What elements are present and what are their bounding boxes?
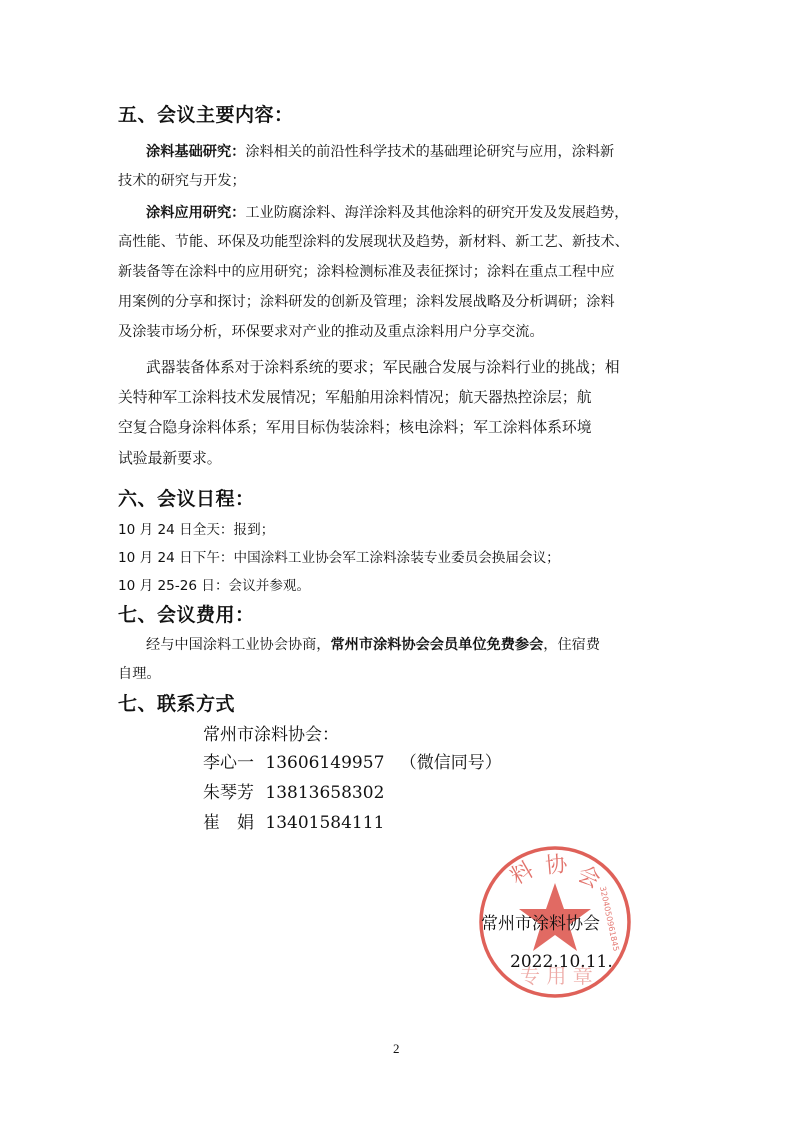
basic-research-label: 涂料基础研究：: [146, 144, 245, 160]
contact-row-3: 崔 娟 13401584111: [203, 808, 384, 833]
applied-research-text: 工业防腐涂料、海洋涂料及其他涂料的研究开发及发展趋势，: [245, 205, 628, 221]
svg-text:3204050961845: 3204050961845: [598, 886, 621, 953]
fees-free-notice: 常州市涂料协会会员单位免费参会: [330, 637, 543, 653]
contact-name: 朱琴芳: [203, 783, 254, 803]
fees-line-1: 经与中国涂料工业协会协商，常州市涂料协会会员单位免费参会，住宿费: [146, 634, 600, 654]
paragraph-basic-research-line-2: 技术的研究与开发；: [118, 170, 246, 190]
paragraph-applied-research-line-3: 新装备等在涂料中的应用研究；涂料检测标准及表征探讨；涂料在重点工程中应: [118, 261, 615, 281]
contact-name: 崔 娟: [203, 813, 254, 833]
paragraph-applied-research-line-4: 用案例的分享和探讨；涂料研发的创新及管理；涂料发展战略及分析调研；涂料: [118, 291, 615, 311]
paragraph-basic-research-line-1: 涂料基础研究：涂料相关的前沿性科学技术的基础理论研究与应用，涂料新: [146, 141, 614, 161]
fees-line-2: 自理。: [118, 663, 161, 683]
contact-phone: 13813658302: [265, 783, 384, 803]
contact-row-1: 李心一 13606149957 （微信同号）: [203, 748, 502, 773]
section-5-heading: 五、会议主要内容：: [118, 100, 294, 127]
paragraph-applied-research-line-2: 高性能、节能、环保及功能型涂料的发展现状及趋势，新材料、新工艺、新技术、: [118, 231, 629, 251]
schedule-item-1: 10 月 24 日全天：报到；: [118, 518, 274, 538]
svg-text:协: 协: [544, 852, 569, 879]
section-6-heading: 六、会议日程：: [118, 484, 255, 511]
paragraph-applied-research-line-5: 及涂装市场分析，环保要求对产业的推动及重点涂料用户分享交流。: [118, 321, 544, 341]
fees-suffix: ，住宿费: [543, 637, 600, 653]
schedule-item-3: 10 月 25-26 日：会议并参观。: [118, 574, 310, 594]
basic-research-text: 涂料相关的前沿性科学技术的基础理论研究与应用，涂料新: [245, 144, 614, 160]
paragraph-military-line-2: 关特种军工涂料技术发展情况；军船舶用涂料情况；航天器热控涂层；航: [118, 386, 592, 407]
signature-org: 常州市涂料协会: [481, 909, 600, 934]
applied-research-label: 涂料应用研究：: [146, 205, 245, 221]
contact-name: 李心一: [203, 753, 254, 773]
page-number: 2: [393, 1041, 400, 1057]
contact-phone: 13606149957: [265, 753, 384, 773]
contact-org: 常州市涂料协会：: [203, 720, 339, 745]
paragraph-military-line-3: 空复合隐身涂料体系；军用目标伪装涂料；核电涂料；军工涂料体系环境: [118, 416, 592, 437]
signature-date: 2022.10.11.: [510, 952, 613, 972]
contact-note: （微信同号）: [400, 753, 502, 773]
fees-prefix: 经与中国涂料工业协会协商，: [146, 637, 330, 653]
section-contact-heading: 七、联系方式: [118, 689, 235, 716]
contact-phone: 13401584111: [265, 813, 384, 833]
paragraph-applied-research-line-1: 涂料应用研究：工业防腐涂料、海洋涂料及其他涂料的研究开发及发展趋势，: [146, 202, 628, 222]
section-7-fees-heading: 七、会议费用：: [118, 600, 255, 627]
paragraph-military-line-4: 试验最新要求。: [118, 447, 222, 468]
official-stamp: 料 协 会 3204050961845 专 用 章 常州市涂料协会 2022.1…: [476, 843, 634, 1001]
schedule-item-2: 10 月 24 日下午：中国涂料工业协会军工涂料涂装专业委员会换届会议；: [118, 546, 560, 566]
paragraph-military-line-1: 武器装备体系对于涂料系统的要求；军民融合发展与涂料行业的挑战；相: [146, 356, 620, 377]
contact-row-2: 朱琴芳 13813658302: [203, 778, 384, 803]
document-page: 五、会议主要内容： 涂料基础研究：涂料相关的前沿性科学技术的基础理论研究与应用，…: [0, 0, 794, 1123]
